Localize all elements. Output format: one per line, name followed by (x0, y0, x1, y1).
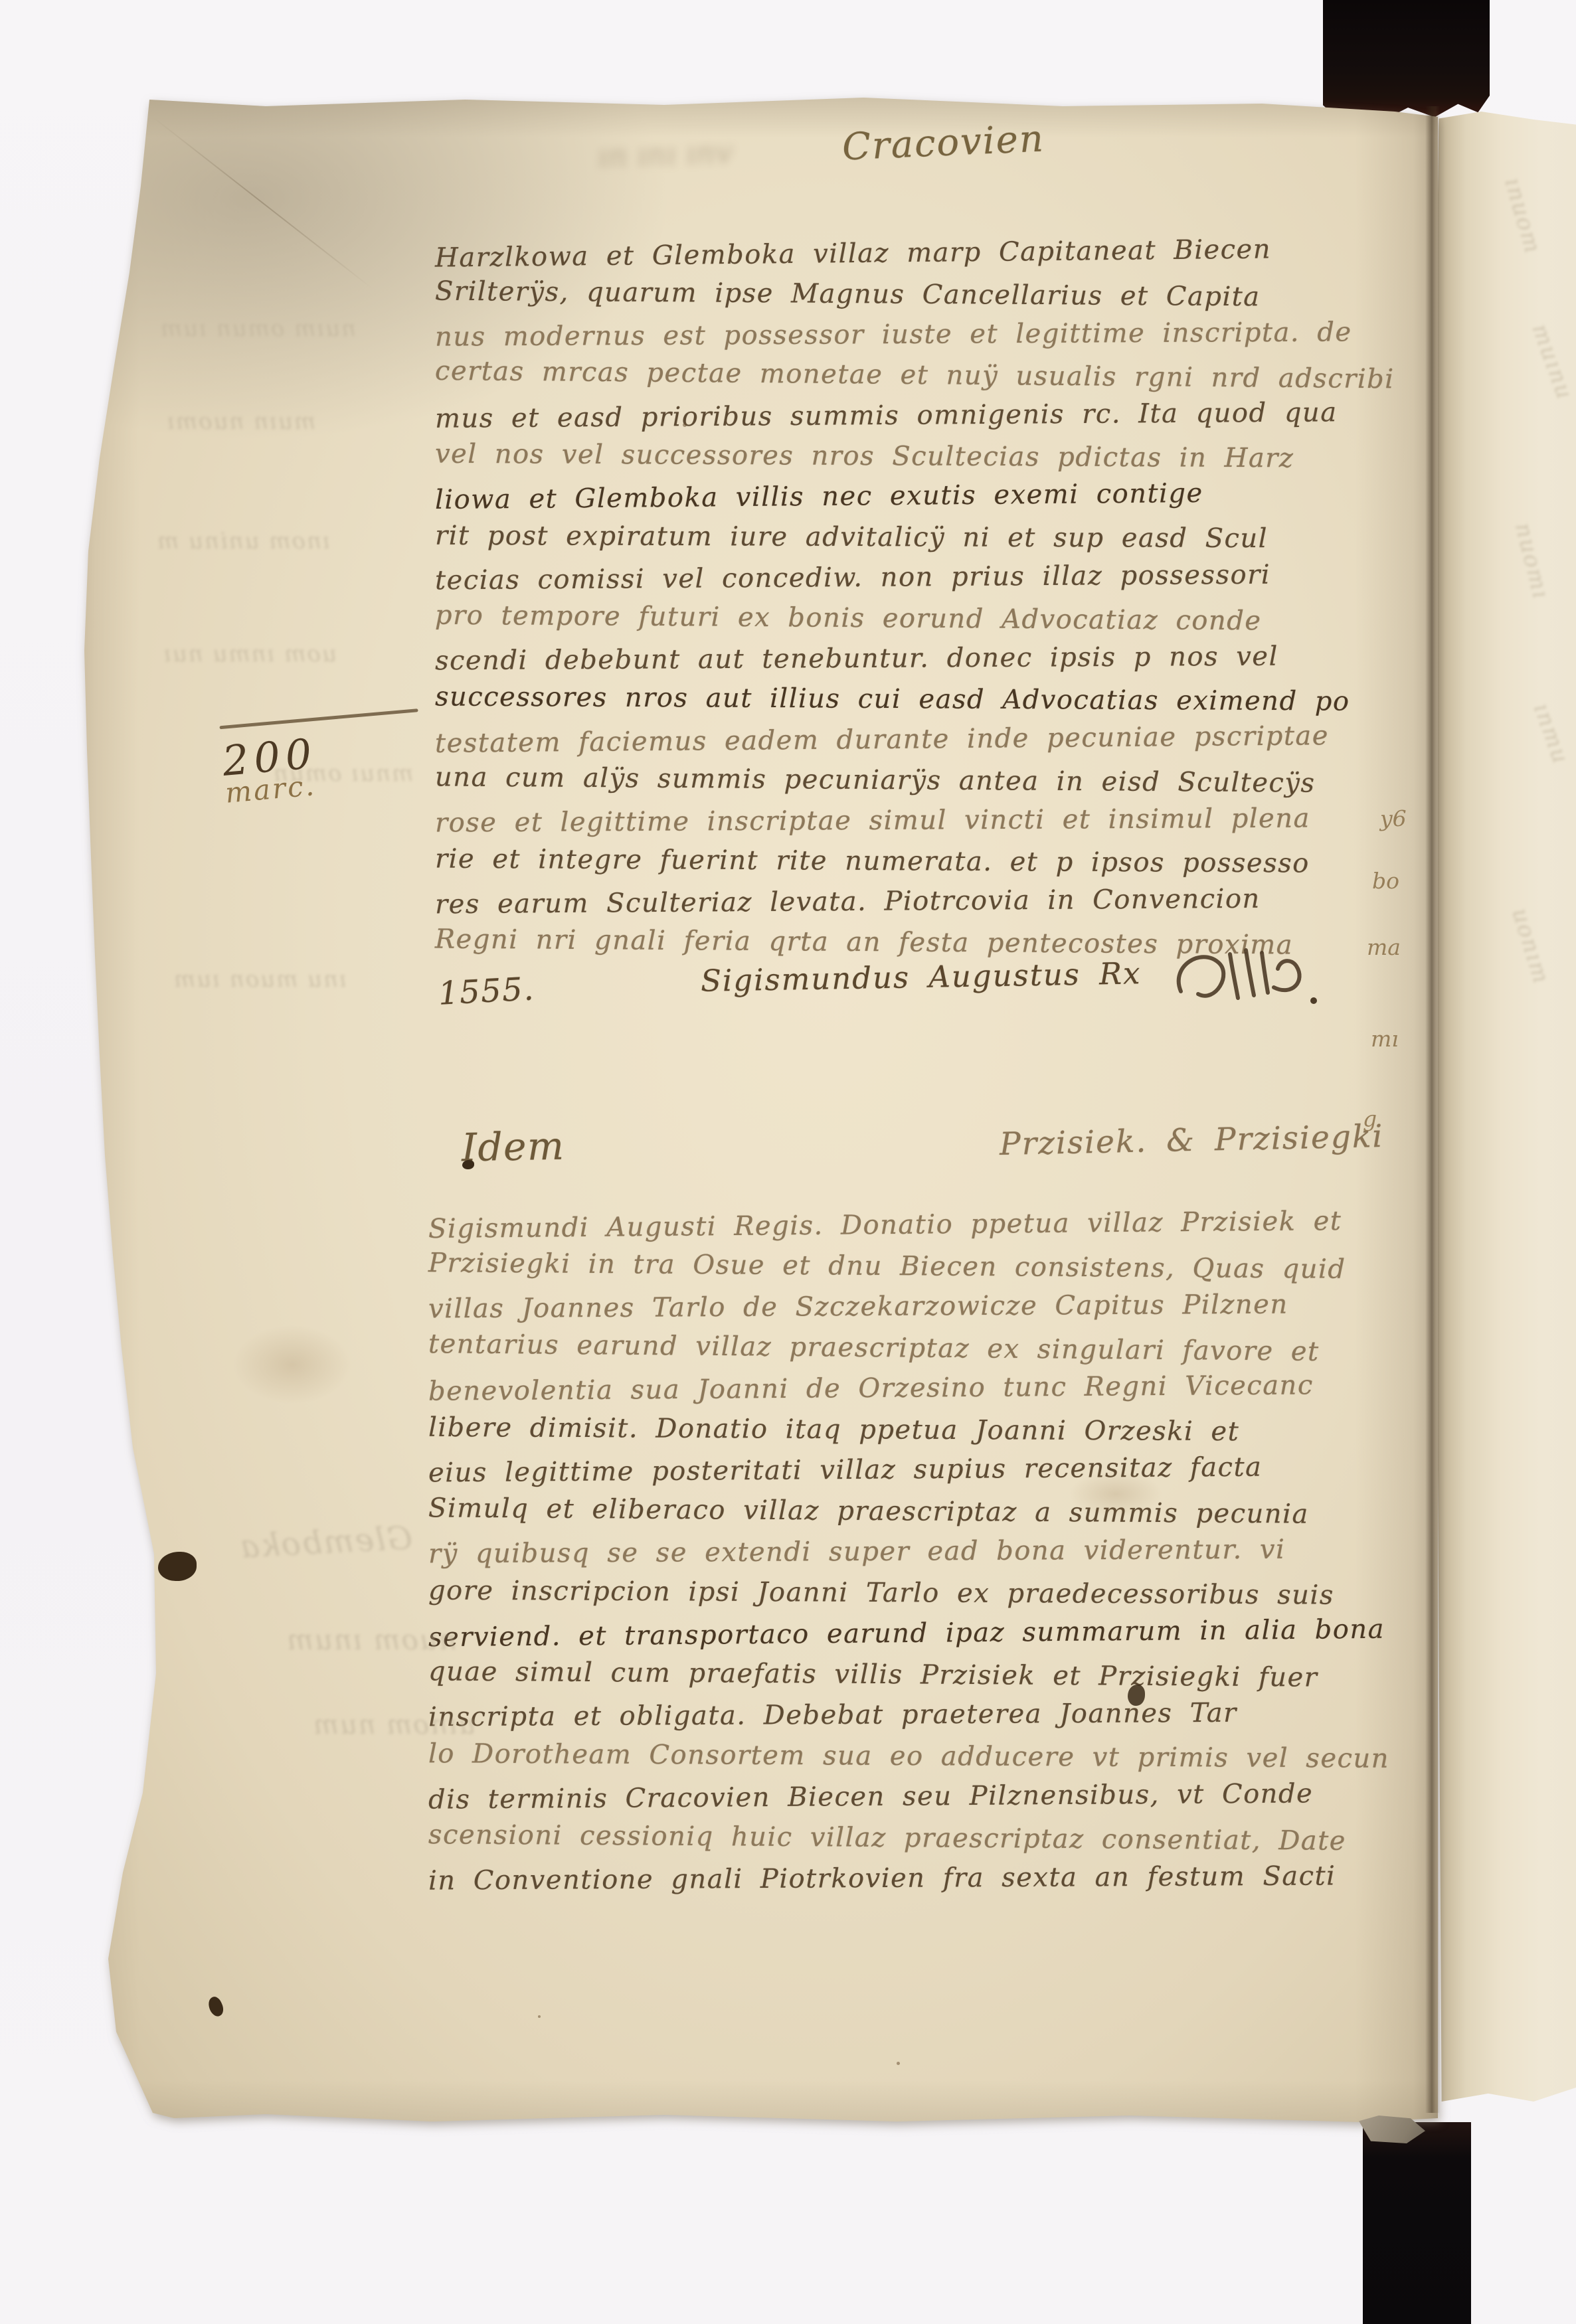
entry1-line: pro tempore futuri ex bonis eorund Advoc… (435, 600, 1262, 637)
binding-gutter-shadow (1425, 106, 1440, 2113)
entry1-line: vel nos vel successores nros Scultecias … (435, 439, 1294, 474)
entry2-line: benevolentia sua Joanni de Orzesino tunc… (428, 1370, 1314, 1406)
ghost-showthrough-line: nuım omun ıum (159, 315, 356, 342)
ink-speck (683, 423, 687, 427)
ink-blot (462, 1160, 474, 1169)
ghost-showthrough-line: uom ınmu nuı (163, 641, 337, 667)
entry1-line: Harzlkowa et Glemboka villaz marp Capita… (435, 234, 1271, 273)
margin-sum-note: 200 marc. (219, 708, 424, 804)
entry1-line: scendi debebunt aut tenebuntur. donec ip… (435, 641, 1278, 677)
entry2-heading-idem: Idem (461, 1123, 565, 1171)
ghost-showthrough-line: muınu (1526, 320, 1576, 403)
entry1-line: mus et easd prioribus summis omnigenis r… (435, 397, 1338, 434)
entry2-line: Sigismundi Augusti Regis. Donatio ppetua… (428, 1206, 1342, 1244)
entry1-line: Srilterÿs, quarum ipse Magnus Cancellari… (435, 276, 1261, 313)
gutter-ink-mark: mı (1371, 1026, 1399, 1052)
gutter-ink-mark: ma (1367, 934, 1401, 960)
ghost-showthrough-line: uonım (1506, 905, 1555, 987)
ink-speck (897, 2062, 900, 2065)
entry1-line: certas mrcas pectae monetae et nuÿ usual… (435, 356, 1395, 395)
manuscript-page: ın ını ınv Cracovien 200 marc. Harzlkowa… (73, 96, 1441, 2128)
ghost-showthrough-line: nuom ınum (286, 1623, 457, 1656)
paper-crease (152, 116, 373, 289)
entry1-line: testatem faciemus eadem durante inde pec… (435, 720, 1329, 759)
entry1-line: res earum Sculteriaz levata. Piotrcovia … (435, 884, 1261, 920)
ghost-showthrough-line: ınu muon ıum (173, 966, 347, 993)
entry2-line: tentarius earund villaz praescriptaz ex … (428, 1329, 1320, 1367)
ink-blot (158, 1552, 197, 1581)
book-strap-top (1323, 0, 1490, 120)
entry1-date-year: 1555. (438, 970, 536, 1013)
entry2-line: villas Joannes Tarlo de Szczekarzowicze … (428, 1289, 1288, 1325)
entry2-line: rÿ quibusq se se extendi super ead bona … (428, 1535, 1286, 1570)
entry2-line: gore inscripcion ipsi Joanni Tarlo ex pr… (428, 1575, 1334, 1610)
entry2-line: quae simul cum praefatis villis Przisiek… (428, 1656, 1318, 1693)
entry2-line: libere dimisit. Donatio itaq ppetua Joan… (428, 1412, 1239, 1447)
entry1-line: Regni nri gnali feria qrta an festa pent… (435, 924, 1293, 960)
ghost-showthrough-line: muın nuomı (166, 408, 315, 435)
entry2-line: dis terminis Cracovien Biecen seu Pilzne… (428, 1778, 1314, 1815)
entry2-line: inscripta et obligata. Debebat praeterea… (428, 1698, 1237, 1732)
entry1-line: una cum alÿs summis pecuniarÿs antea in … (435, 762, 1316, 798)
ghost-showthrough-line: nuomı (1510, 520, 1554, 602)
royal-signature: Sigismundus Augustus Rx (701, 955, 1142, 999)
entry2-line: serviend. et transportaco earund ipaz su… (428, 1614, 1385, 1653)
ink-blot (206, 1995, 226, 2019)
paper-stain (232, 1325, 352, 1404)
entry2-line: in Conventione gnali Piotrkovien fra sex… (428, 1861, 1336, 1896)
royal-signature-flourish (1169, 940, 1322, 1013)
entry2-heading-placenames: Przisiek. & Przisiegki (999, 1118, 1383, 1163)
entry2-line: Simulq et eliberaco villaz praescriptaz … (428, 1493, 1309, 1529)
ink-speck (538, 2015, 541, 2018)
gutter-ink-mark: bo (1372, 868, 1399, 894)
ghost-showthrough-line: uınom num (312, 1710, 476, 1740)
ghost-showthrough-line: ınmu (1528, 700, 1574, 768)
entry2-line: scensioni cessioniq huic villaz praescri… (428, 1819, 1346, 1857)
entry1-line: liowa et Glemboka villis nec exutis exem… (435, 478, 1203, 515)
entry1-line: rit post expiratum iure advitalicÿ ni et… (435, 521, 1268, 554)
scanned-book-photo: { "page": { "header": "Cracovien", "head… (0, 0, 1576, 2324)
gutter-ink-mark: y6 (1380, 805, 1407, 831)
entry1-line: rie et integre fuerint rite numerata. et… (435, 844, 1310, 879)
entry1-line: successores nros aut illius cui easd Adv… (435, 681, 1350, 716)
gutter-ink-mark: g (1363, 1106, 1377, 1131)
entry1-line: tecias comissi vel concediw. non prius i… (435, 560, 1270, 596)
facing-page-edge: ınuom muınu nuomı ınmu uonım (1435, 110, 1576, 2110)
entry1-line: nus modernus est possessor iuste et legi… (435, 317, 1352, 352)
erased-text-smudge: ın ını ınv (597, 133, 733, 174)
ghost-showthrough-line: ınuom (1499, 175, 1546, 257)
ghost-showthrough-line: Glemboka (238, 1519, 414, 1566)
entry2-line: lo Dorotheam Consortem sua eo adducere v… (428, 1738, 1389, 1774)
entry1-line: rose et legittime inscriptae simul vinct… (435, 803, 1310, 839)
ghost-showthrough-line: ınom uninu m (156, 528, 330, 554)
paper-stain (1069, 1471, 1162, 1517)
ink-blot (1128, 1685, 1145, 1706)
book-strap-bottom (1363, 2122, 1471, 2324)
page-header-placename: Cracovien (841, 117, 1045, 169)
entry2-line: Przisiegki in tra Osue et dnu Biecen con… (428, 1248, 1346, 1285)
